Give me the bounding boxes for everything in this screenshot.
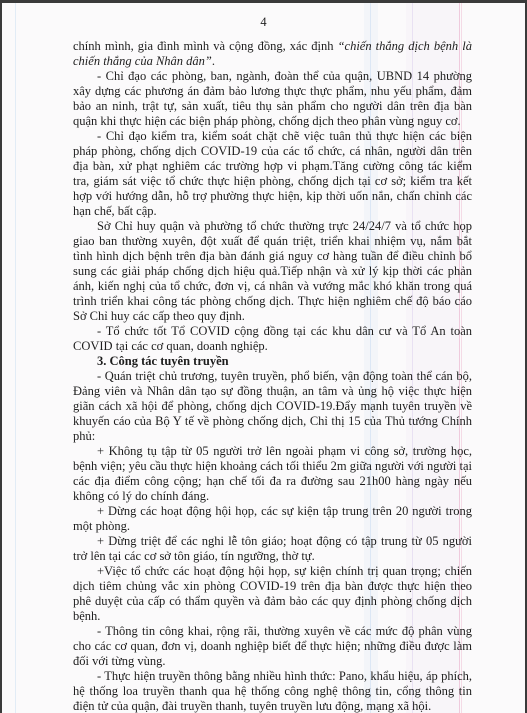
- scan-artifact-line: [15, 3, 16, 713]
- sub-bullet-paragraph: + Dừng triệt để các nghi lễ tôn giáo; ho…: [73, 534, 472, 564]
- sub-bullet-paragraph: + Không tụ tập từ 05 người trở lên ngoài…: [73, 444, 472, 504]
- section-heading: 3. Công tác tuyên truyền: [73, 354, 472, 369]
- page-number: 4: [2, 15, 525, 30]
- bullet-paragraph: - Thông tin công khai, rộng rãi, thường …: [73, 624, 472, 669]
- paragraph-text: .: [212, 54, 215, 68]
- document-body: chính mình, gia đình mình và cộng đồng, …: [73, 39, 472, 713]
- paragraph: Sở Chỉ huy quận và phường tổ chức thường…: [73, 219, 472, 324]
- bullet-paragraph: - Quán triệt chủ trương, tuyên truyền, p…: [73, 369, 472, 444]
- bullet-paragraph: - Thực hiện truyền thông bằng nhiều hình…: [73, 669, 472, 713]
- bullet-paragraph: - Chỉ đạo kiểm tra, kiểm soát chặt chẽ v…: [73, 129, 472, 219]
- sub-bullet-paragraph: + Dừng các hoạt động hội họp, các sự kiệ…: [73, 504, 472, 534]
- scanned-page: 4 chính mình, gia đình mình và cộng đồng…: [2, 3, 525, 713]
- paragraph-text: chính mình, gia đình mình và cộng đồng, …: [73, 39, 338, 53]
- sub-bullet-paragraph: +Việc tổ chức các hoạt động hội họp, sự …: [73, 564, 472, 624]
- bullet-paragraph: - Chỉ đạo các phòng, ban, ngành, đoàn th…: [73, 69, 472, 129]
- paragraph-continuation: chính mình, gia đình mình và cộng đồng, …: [73, 39, 472, 69]
- bullet-paragraph: - Tổ chức tốt Tổ COVID cộng đồng tại các…: [73, 324, 472, 354]
